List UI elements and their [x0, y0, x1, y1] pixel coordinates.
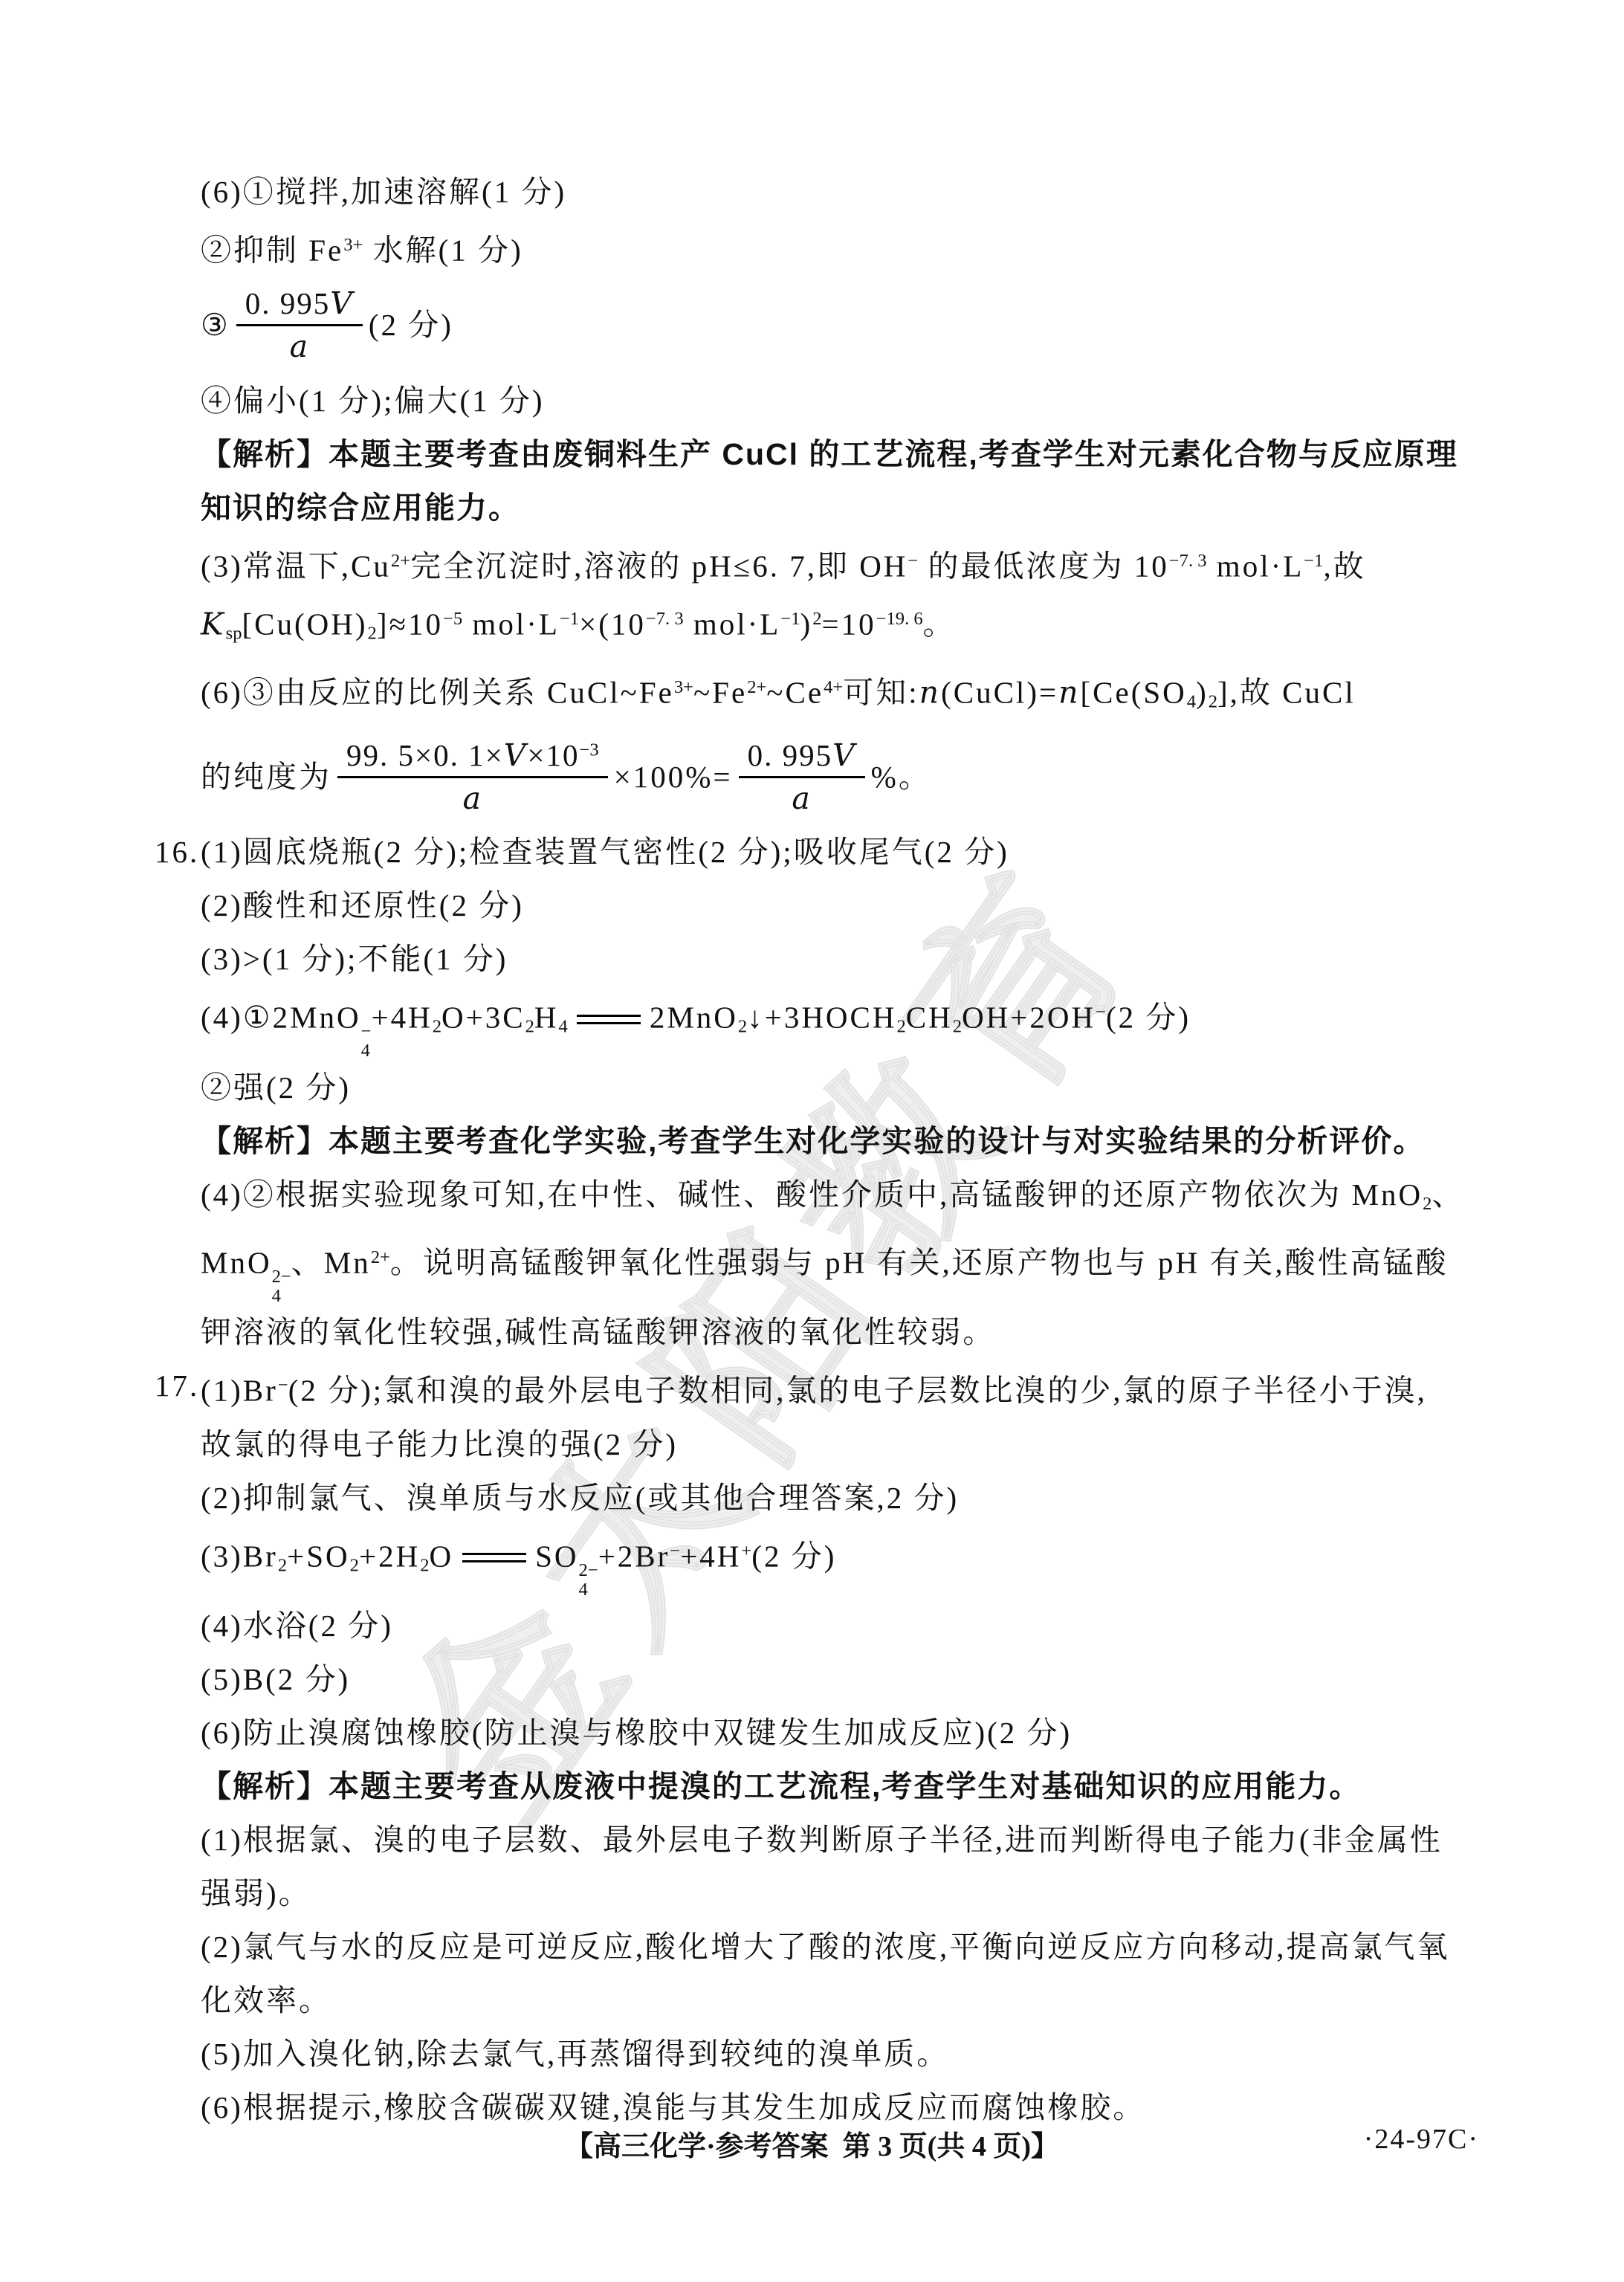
answer-line: ②抑制 Fe3+ 水解(1 分): [201, 219, 1520, 277]
answer-line: (5)加入溴化钠,除去氯气,再蒸馏得到较纯的溴单质。: [201, 2027, 1520, 2081]
answer-sheet: (6)①搅拌,加速溶解(1 分)②抑制 Fe3+ 水解(1 分)③0. 995V…: [201, 165, 1520, 2134]
answer-line: 17.(1)Br−(2 分);氯和溴的最外层电子数相同,氯的电子层数比溴的少,氯…: [201, 1359, 1520, 1418]
answer-line: ③0. 995Va(2 分): [201, 277, 1520, 374]
fraction: 99. 5×0. 1×V×10−3a: [337, 737, 608, 818]
answer-line: 16.(1)圆底烧瓶(2 分);检查装置气密性(2 分);吸收尾气(2 分): [201, 825, 1520, 879]
answer-line: Ksp[Cu(OH)2]≈10−5 mol·L−1×(10−7. 3 mol·L…: [201, 592, 1520, 661]
answer-line: (6)③由反应的比例关系 CuCl~Fe3+~Fe2+~Ce4+可知:n(CuC…: [201, 661, 1520, 729]
page-footer: 【高三化学·参考答案 第 3 页(共 4 页)】 ·24-97C·: [0, 2123, 1624, 2175]
answer-line: (4)①2MnO−4+4H2O+3C2H42MnO2↓+3HOCH2CH2OH+…: [201, 986, 1520, 1060]
answer-line: (3)Br2+SO2+2H2OSO2−4+2Br−+4H+(2 分): [201, 1525, 1520, 1599]
answer-line: (2)酸性和还原性(2 分): [201, 879, 1520, 932]
footer-page-label: 【高三化学·参考答案 第 3 页(共 4 页)】: [565, 2123, 1059, 2164]
answer-line: 的纯度为99. 5×0. 1×V×10−3a×100%=0. 995Va%。: [201, 728, 1520, 825]
analysis-line: 【解析】本题主要考查化学实验,考查学生对化学实验的设计与对实验结果的分析评价。: [201, 1114, 1520, 1168]
answer-line: 故氯的得电子能力比溴的强(2 分): [201, 1418, 1520, 1471]
chemical-equals-sign: [577, 1015, 641, 1024]
analysis-line: 【解析】本题主要考查从废液中提溴的工艺流程,考查学生对基础知识的应用能力。: [201, 1759, 1520, 1813]
answer-line: 强弱)。: [201, 1866, 1520, 1920]
answer-line: (5)B(2 分): [201, 1652, 1520, 1706]
answer-line: (6)①搅拌,加速溶解(1 分): [201, 165, 1520, 219]
fraction: 0. 995Va: [236, 285, 363, 366]
answer-line: MnO2−4、Mn2+。说明高锰酸钾氧化性强弱与 pH 有关,还原产物也与 pH…: [201, 1231, 1520, 1305]
analysis-line: 【解析】本题主要考查由废铜料生产 CuCl 的工艺流程,考查学生对元素化合物与反…: [201, 427, 1520, 481]
answer-line: (1)根据氯、溴的电子层数、最外层电子数判断原子半径,进而判断得电子能力(非金属…: [201, 1813, 1520, 1866]
charge-stack: −4: [361, 1022, 372, 1061]
answer-line: 钾溶液的氧化性较强,碱性高锰酸钾溶液的氧化性较弱。: [201, 1305, 1520, 1359]
answer-line: (3)常温下,Cu2+完全沉淀时,溶液的 pH≤6. 7,即 OH− 的最低浓度…: [201, 534, 1520, 593]
exam-answer-page: 金太阳教育 (6)①搅拌,加速溶解(1 分)②抑制 Fe3+ 水解(1 分)③0…: [0, 0, 1624, 2282]
answer-line: ④偏小(1 分);偏大(1 分): [201, 374, 1520, 427]
footer-paper-code: ·24-97C·: [1364, 2123, 1479, 2156]
answer-line: (2)抑制氯气、溴单质与水反应(或其他合理答案,2 分): [201, 1471, 1520, 1525]
fraction: 0. 995Va: [739, 737, 865, 818]
answer-line: (4)水浴(2 分): [201, 1599, 1520, 1652]
answer-line: (3)>(1 分);不能(1 分): [201, 932, 1520, 986]
charge-stack: 2−4: [579, 1561, 598, 1600]
answer-line: 化效率。: [201, 1974, 1520, 2027]
analysis-line: 知识的综合应用能力。: [201, 481, 1520, 534]
answer-line: ②强(2 分): [201, 1061, 1520, 1114]
item-number: 16.: [155, 825, 199, 879]
charge-stack: 2−4: [272, 1267, 291, 1306]
chemical-equals-sign: [462, 1553, 526, 1562]
answer-line: (6)防止溴腐蚀橡胶(防止溴与橡胶中双键发生加成反应)(2 分): [201, 1706, 1520, 1759]
item-number: 17.: [155, 1359, 199, 1412]
answer-line: (2)氯气与水的反应是可逆反应,酸化增大了酸的浓度,平衡向逆反应方向移动,提高氯…: [201, 1920, 1520, 1974]
answer-line: (4)②根据实验现象可知,在中性、碱性、酸性介质中,高锰酸钾的还原产物依次为 M…: [201, 1168, 1520, 1231]
